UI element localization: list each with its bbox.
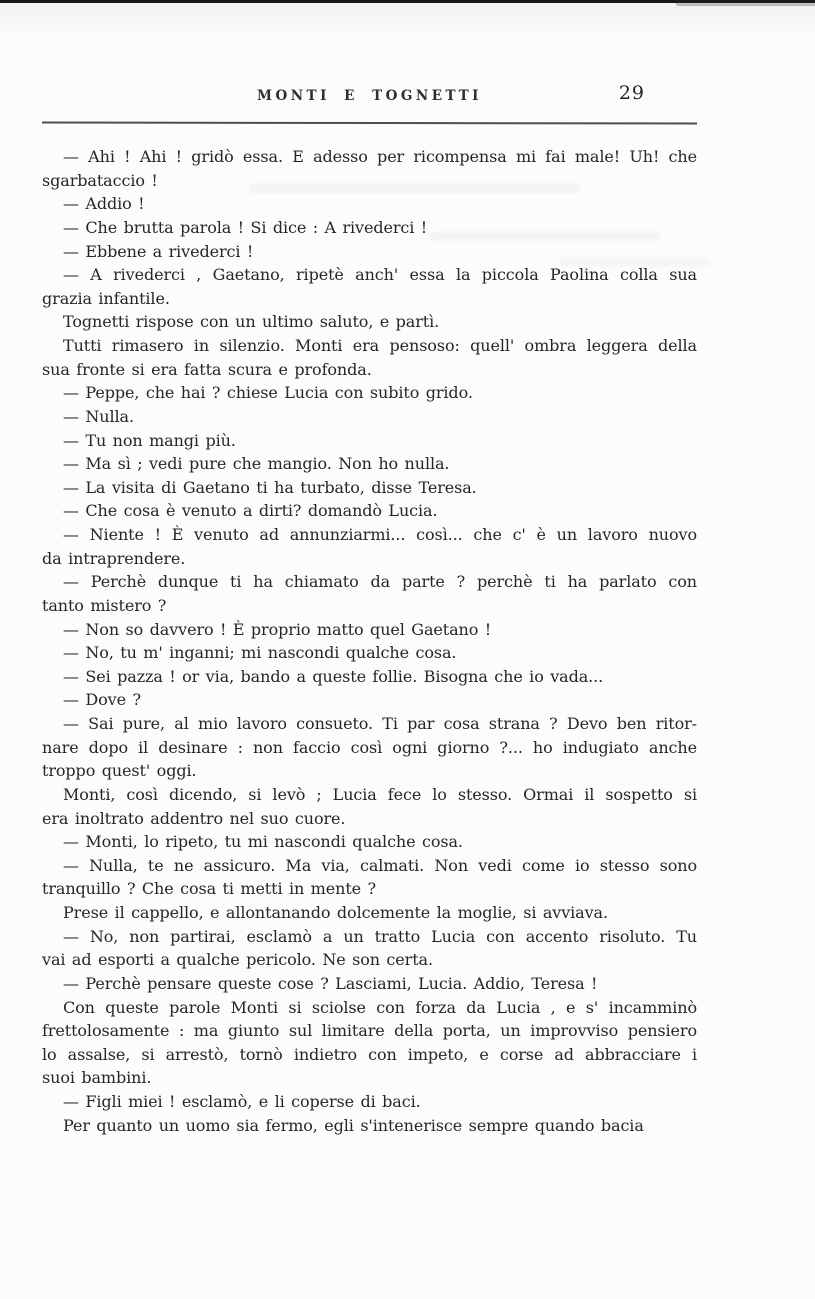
text-line: — Monti, lo ripeto, tu mi nascondi qualc… (42, 830, 697, 854)
paragraph: — Sei pazza ! or via, bando a queste fol… (42, 665, 697, 689)
paragraph: — A rivederci , Gaetano, ripetè anch' es… (42, 263, 697, 310)
text-line: da intraprendere. (42, 547, 697, 571)
text-line: Tutti rimasero in silenzio. Monti era pe… (42, 334, 697, 358)
paragraph: — Figli miei ! esclamò, e li coperse di … (42, 1090, 697, 1114)
paragraph: — Perchè pensare queste cose ? Lasciami,… (42, 972, 697, 996)
text-line: sgarbataccio ! (42, 169, 697, 193)
text-line: — Che cosa è venuto a dirti? domandò Luc… (42, 499, 697, 523)
page-header: MONTI E TOGNETTI 29 (42, 88, 697, 112)
text-line: tanto mistero ? (42, 594, 697, 618)
text-line: — A rivederci , Gaetano, ripetè anch' es… (42, 263, 697, 287)
text-line: — Non so davvero ! È proprio matto quel … (42, 618, 697, 642)
text-line: era inoltrato addentro nel suo cuore. (42, 807, 697, 831)
paragraph: Per quanto un uomo sia fermo, egli s'int… (42, 1114, 697, 1138)
paragraph: — Peppe, che hai ? chiese Lucia con subi… (42, 381, 697, 405)
text-line: — Peppe, che hai ? chiese Lucia con subi… (42, 381, 697, 405)
text-line: — Ma sì ; vedi pure che mangio. Non ho n… (42, 452, 697, 476)
text-line: — Nulla. (42, 405, 697, 429)
text-line: grazia infantile. (42, 287, 697, 311)
paragraph: — La visita di Gaetano ti ha turbato, di… (42, 476, 697, 500)
book-page-scan: MONTI E TOGNETTI 29 — Ahi ! Ahi ! gridò … (0, 0, 815, 1299)
scan-top-shading (0, 3, 815, 37)
text-line: — Addio ! (42, 192, 697, 216)
paragraph: — Non so davvero ! È proprio matto quel … (42, 618, 697, 642)
paragraph: — Che brutta parola ! Si dice : A rivede… (42, 216, 697, 240)
text-line: — Che brutta parola ! Si dice : A rivede… (42, 216, 697, 240)
text-line: — Sei pazza ! or via, bando a queste fol… (42, 665, 697, 689)
text-line: suoi bambini. (42, 1066, 697, 1090)
text-line: Prese il cappello, e allontanando dolcem… (42, 901, 697, 925)
text-line: lo assalse, si arrestò, tornò indietro c… (42, 1043, 697, 1067)
paragraph: — Nulla. (42, 405, 697, 429)
paragraph: Tognetti rispose con un ultimo saluto, e… (42, 310, 697, 334)
text-line: — Niente ! È venuto ad annunziarmi... co… (42, 523, 697, 547)
paragraph: — Monti, lo ripeto, tu mi nascondi qualc… (42, 830, 697, 854)
text-line: — Dove ? (42, 688, 697, 712)
header-rule (42, 122, 697, 125)
text-line: — Perchè pensare queste cose ? Lasciami,… (42, 972, 697, 996)
paragraph: Tutti rimasero in silenzio. Monti era pe… (42, 334, 697, 381)
paragraph: — Ma sì ; vedi pure che mangio. Non ho n… (42, 452, 697, 476)
text-line: nare dopo il desinare : non faccio così … (42, 736, 697, 760)
paragraph: — Ebbene a rivederci ! (42, 240, 697, 264)
text-line: — Tu non mangi più. (42, 429, 697, 453)
text-line: — Perchè dunque ti ha chiamato da parte … (42, 570, 697, 594)
paragraph: — No, tu m' inganni; mi nascondi qualche… (42, 641, 697, 665)
text-line: vai ad esporti a qualche pericolo. Ne so… (42, 948, 697, 972)
text-line: Per quanto un uomo sia fermo, egli s'int… (42, 1114, 697, 1138)
paragraph: — Che cosa è venuto a dirti? domandò Luc… (42, 499, 697, 523)
paragraph: — Niente ! È venuto ad annunziarmi... co… (42, 523, 697, 570)
text-line: Monti, così dicendo, si levò ; Lucia fec… (42, 783, 697, 807)
text-line: — Sai pure, al mio lavoro consueto. Ti p… (42, 712, 697, 736)
paragraph: Monti, così dicendo, si levò ; Lucia fec… (42, 783, 697, 830)
text-line: — Figli miei ! esclamò, e li coperse di … (42, 1090, 697, 1114)
text-line: — Ahi ! Ahi ! gridò essa. E adesso per r… (42, 145, 697, 169)
text-line: — No, tu m' inganni; mi nascondi qualche… (42, 641, 697, 665)
text-line: Con queste parole Monti si sciolse con f… (42, 996, 697, 1020)
text-line: — Nulla, te ne assicuro. Ma via, calmati… (42, 854, 697, 878)
text-line: troppo quest' oggi. (42, 759, 697, 783)
paragraph: — Tu non mangi più. (42, 429, 697, 453)
text-line: — La visita di Gaetano ti ha turbato, di… (42, 476, 697, 500)
paragraph: — Ahi ! Ahi ! gridò essa. E adesso per r… (42, 145, 697, 192)
text-line: tranquillo ? Che cosa ti metti in mente … (42, 877, 697, 901)
paragraph: Prese il cappello, e allontanando dolcem… (42, 901, 697, 925)
running-title: MONTI E TOGNETTI (42, 88, 697, 104)
text-line: sua fronte si era fatta scura e profonda… (42, 358, 697, 382)
paragraph: Con queste parole Monti si sciolse con f… (42, 996, 697, 1091)
paragraph: — Nulla, te ne assicuro. Ma via, calmati… (42, 854, 697, 901)
text-line: frettolosamente : ma giunto sul limitare… (42, 1019, 697, 1043)
paragraph: — Dove ? (42, 688, 697, 712)
paragraph: — Perchè dunque ti ha chiamato da parte … (42, 570, 697, 617)
paragraph: — Addio ! (42, 192, 697, 216)
text-line: — No, non partirai, esclamò a un tratto … (42, 925, 697, 949)
paragraph: — Sai pure, al mio lavoro consueto. Ti p… (42, 712, 697, 783)
paragraph: — No, non partirai, esclamò a un tratto … (42, 925, 697, 972)
text-line: — Ebbene a rivederci ! (42, 240, 697, 264)
page-number: 29 (619, 82, 645, 104)
text-line: Tognetti rispose con un ultimo saluto, e… (42, 310, 697, 334)
body-text: — Ahi ! Ahi ! gridò essa. E adesso per r… (42, 145, 697, 1137)
